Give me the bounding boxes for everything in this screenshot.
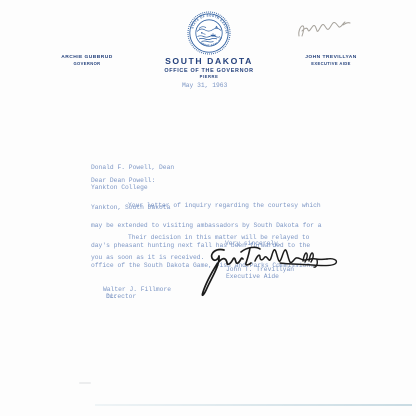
scan-smudge [79, 382, 91, 384]
date-line: May 31, 1963 [182, 83, 227, 90]
paper-edge-shadow [95, 404, 412, 406]
salutation: Dear Dean Powell: [91, 178, 155, 185]
aide-title: EXECUTIVE AIDE [286, 61, 376, 66]
governor-title: GOVERNOR [42, 61, 132, 66]
letter-page: STATE OF SOUTH DAKOTA GREAT SEAL 1889 AR… [0, 0, 416, 416]
letterhead-aide-block: JOHN TREVILLYAN EXECUTIVE AIDE [286, 55, 376, 66]
south-dakota-state-seal-icon: STATE OF SOUTH DAKOTA GREAT SEAL 1889 [187, 11, 231, 55]
state-name: SOUTH DAKOTA [124, 57, 294, 67]
recipient-line: Donald F. Powell, Dean [91, 165, 174, 172]
letterhead-center-block: SOUTH DAKOTA OFFICE OF THE GOVERNOR PIER… [124, 57, 294, 80]
ink-signature-john-t-trevillyan [195, 240, 345, 302]
cc-line: cc: Walter J. Fillmore [91, 287, 117, 313]
handwritten-pencil-note [293, 14, 355, 42]
city-name: PIERRE [124, 75, 294, 80]
body-line: Your letter of inquiry regarding the cou… [91, 203, 322, 210]
cc-title: Director [106, 294, 136, 301]
letterhead-governor-block: ARCHIE GUBBRUD GOVERNOR [42, 55, 132, 66]
